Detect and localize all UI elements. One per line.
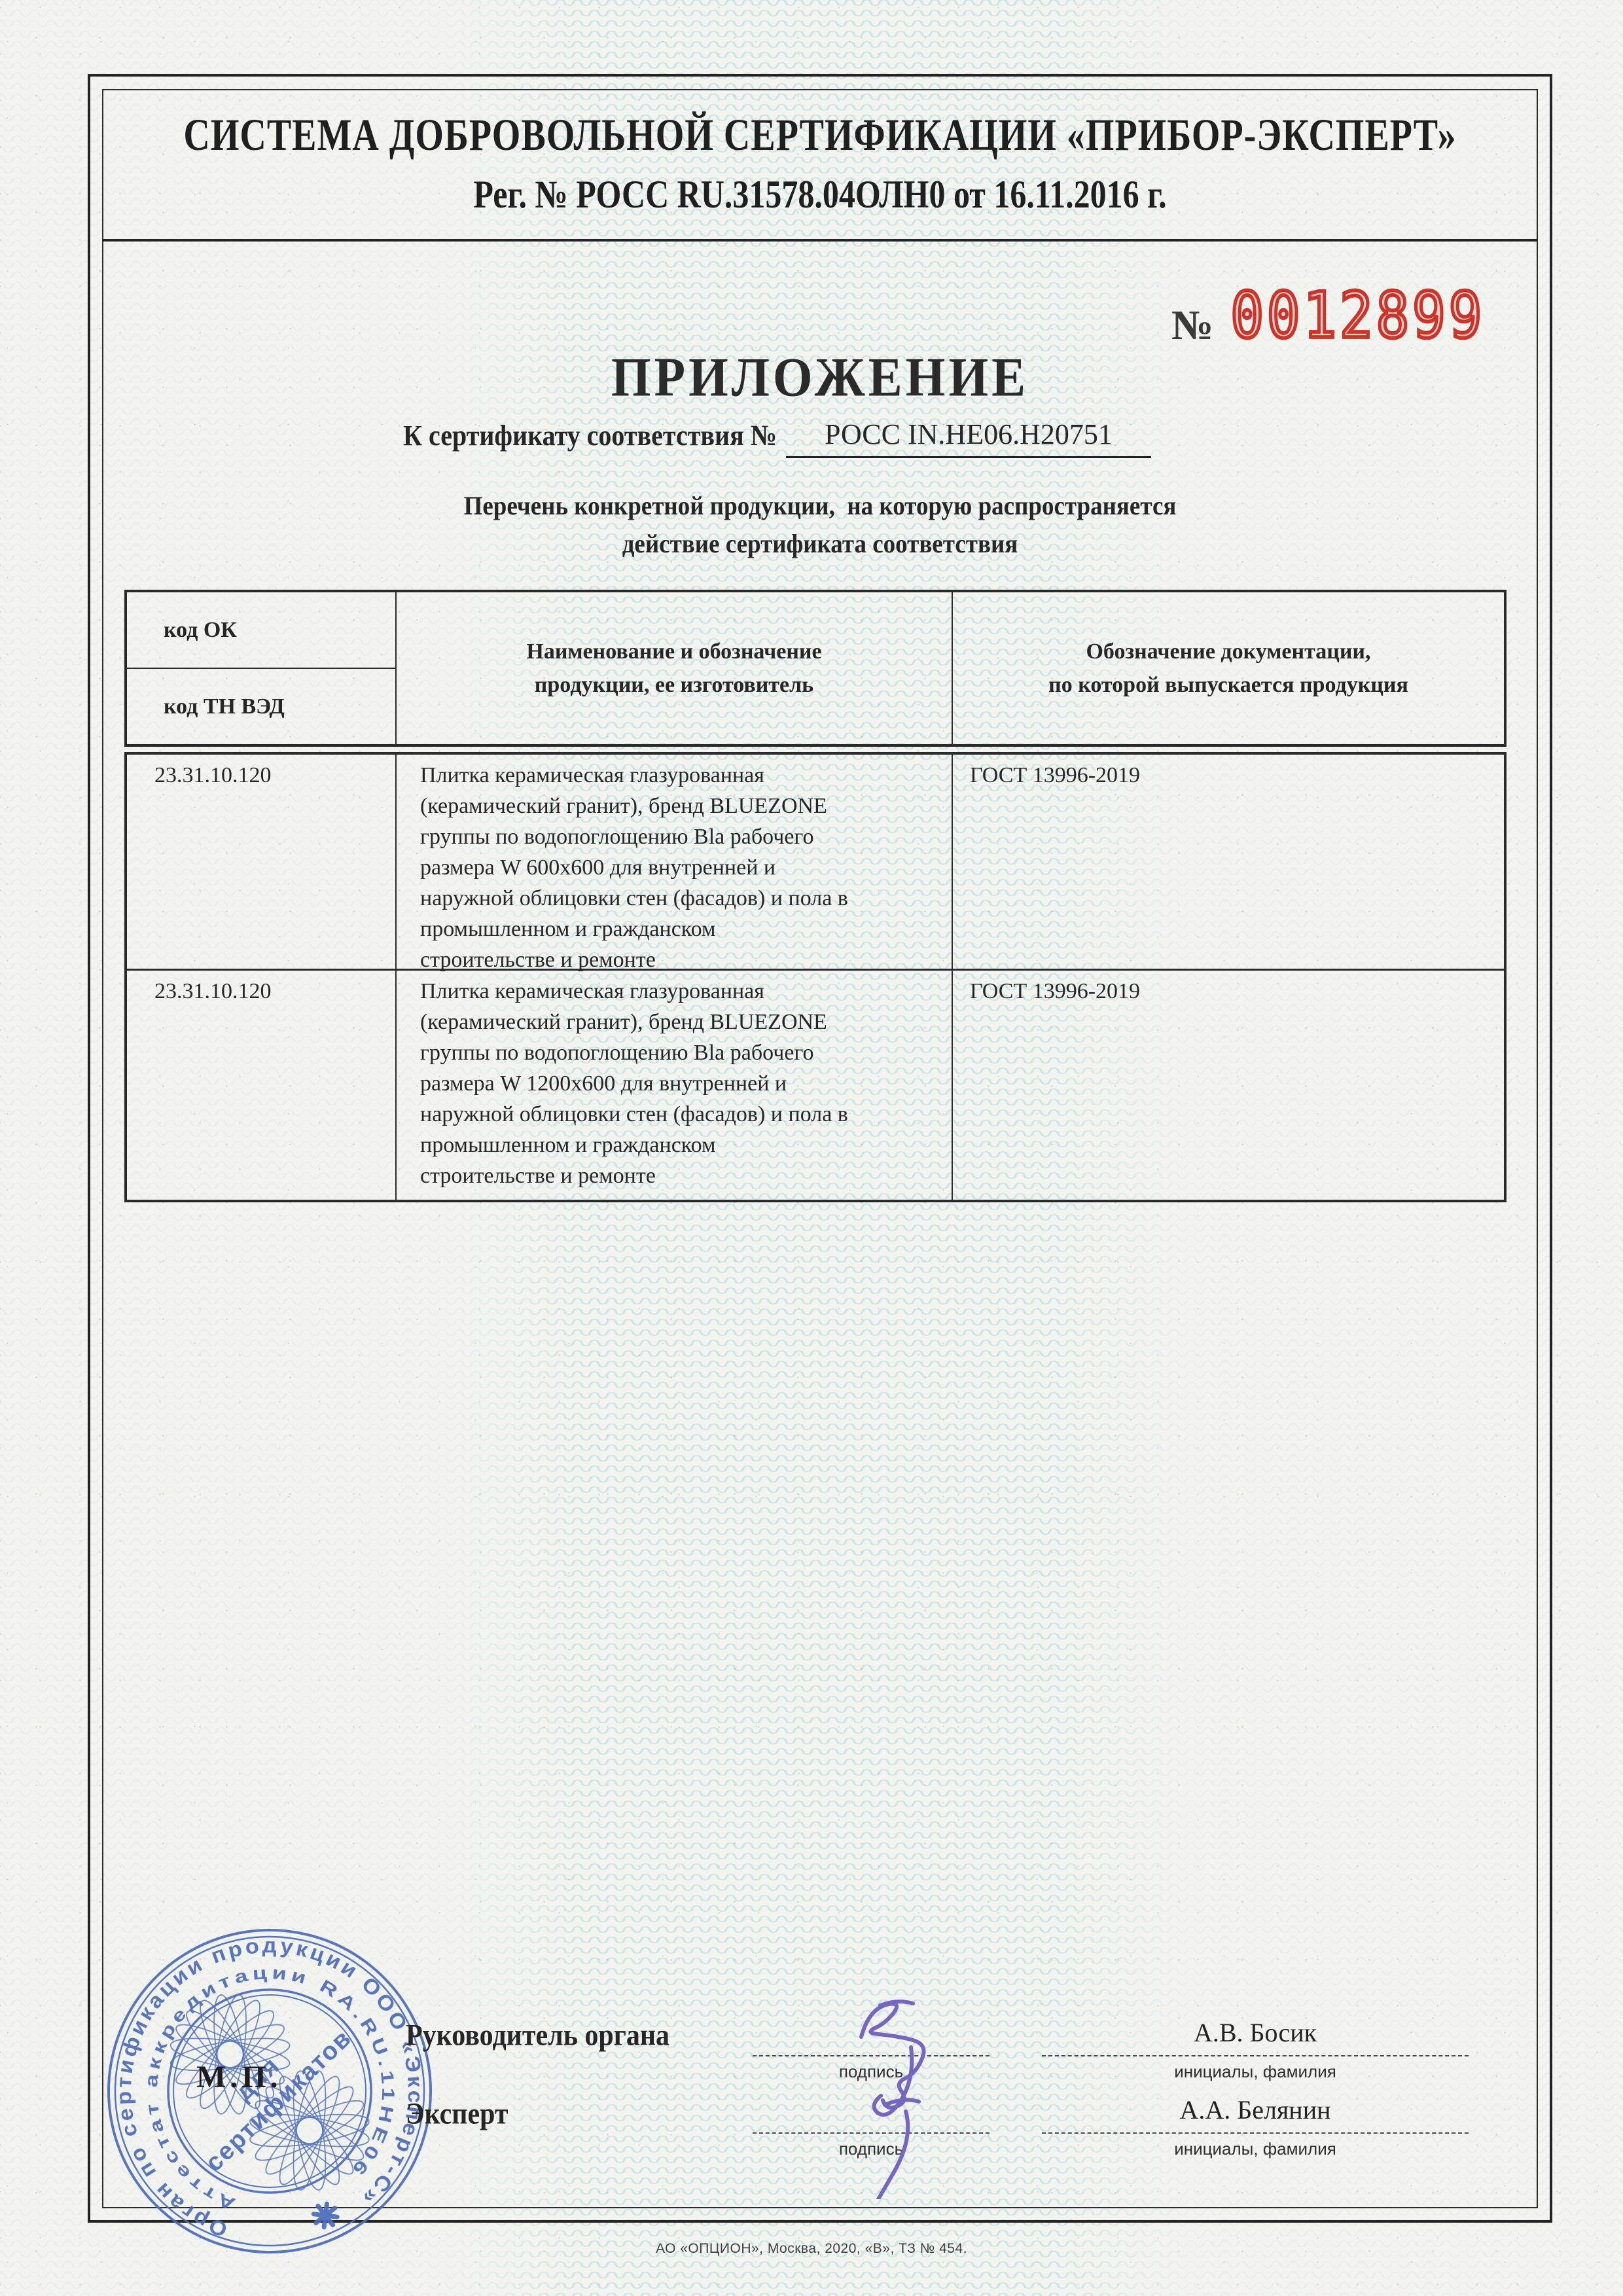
row-product-name: Плитка керамическая глазурованная (керам… bbox=[397, 755, 953, 969]
registration-number-line: Рег. № РОСС RU.31578.04ОЛН0 от 16.11.201… bbox=[102, 171, 1538, 217]
products-table-body: 23.31.10.120 Плитка керамическая глазуро… bbox=[124, 752, 1507, 1202]
product-list-caption-line2: действие сертификата соответствия bbox=[102, 529, 1538, 559]
head-of-body-name: А.В. Босик bbox=[1042, 2017, 1469, 2048]
header-product-name: Наименование и обозначение продукции, ее… bbox=[397, 592, 953, 744]
page-title: ПРИЛОЖЕНИЕ bbox=[102, 346, 1538, 409]
signature-stroke bbox=[874, 2047, 912, 2115]
certificate-reference-label: К сертификату соответствия № bbox=[403, 418, 777, 457]
certificate-page: СИСТЕМА ДОБРОВОЛЬНОЙ СЕРТИФИКАЦИИ «ПРИБО… bbox=[0, 0, 1623, 2296]
products-table-header: код ОК код ТН ВЭД Наименование и обознач… bbox=[124, 590, 1507, 747]
name-caption: инициалы, фамилия bbox=[1042, 2139, 1469, 2159]
expert-name: А.А. Белянин bbox=[1042, 2094, 1469, 2125]
banner-divider bbox=[103, 239, 1537, 242]
stamp-place-label: М.П. bbox=[196, 2059, 282, 2095]
header-code-ok: код ОК bbox=[127, 592, 395, 669]
header-documentation: Обозначение документации, по которой вып… bbox=[953, 592, 1504, 744]
table-row: 23.31.10.120 Плитка керамическая глазуро… bbox=[127, 755, 1504, 971]
name-line bbox=[1042, 2132, 1469, 2134]
certificate-number: РОСС IN.HE06.H20751 bbox=[786, 418, 1151, 458]
form-number: № 0012899 bbox=[1171, 288, 1485, 352]
product-list-caption-line1: Перечень конкретной продукции, на котору… bbox=[102, 491, 1538, 521]
row-documentation: ГОСТ 13996-2019 bbox=[953, 971, 1504, 1200]
head-of-body-label: Руководитель органа bbox=[406, 2018, 669, 2053]
signature-stroke bbox=[861, 2004, 924, 2108]
row-documentation: ГОСТ 13996-2019 bbox=[953, 755, 1504, 969]
row-code: 23.31.10.120 bbox=[127, 971, 397, 1200]
signature-stroke bbox=[830, 2111, 908, 2199]
form-number-value: 0012899 bbox=[1230, 278, 1485, 352]
expert-label: Эксперт bbox=[406, 2097, 508, 2132]
header-code-tnved: код ТН ВЭД bbox=[127, 669, 395, 744]
row-product-name: Плитка керамическая глазурованная (керам… bbox=[397, 971, 953, 1200]
table-row: 23.31.10.120 Плитка керамическая глазуро… bbox=[127, 971, 1504, 1200]
handwritten-signatures bbox=[720, 1977, 995, 2199]
row-code: 23.31.10.120 bbox=[127, 755, 397, 969]
name-caption: инициалы, фамилия bbox=[1042, 2062, 1469, 2082]
numero-sign: № bbox=[1171, 301, 1213, 350]
print-shop-note: АО «ОПЦИОН», Москва, 2020, «В», ТЗ № 454… bbox=[0, 2241, 1623, 2257]
certificate-reference: К сертификату соответствия № РОСС IN.HE0… bbox=[403, 416, 1151, 457]
name-line bbox=[1042, 2055, 1469, 2056]
star-icon bbox=[312, 2202, 338, 2229]
certification-system-title: СИСТЕМА ДОБРОВОЛЬНОЙ СЕРТИФИКАЦИИ «ПРИБО… bbox=[102, 110, 1538, 161]
header-code-cell: код ОК код ТН ВЭД bbox=[127, 592, 397, 744]
